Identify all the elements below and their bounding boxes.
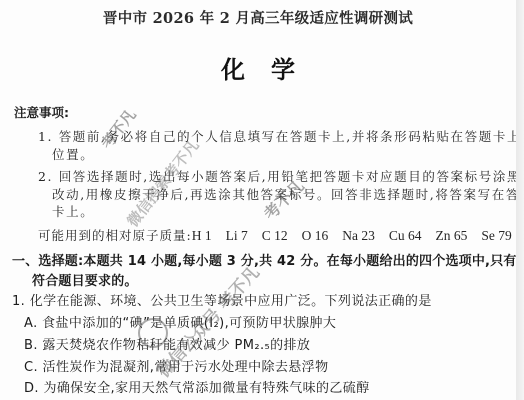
atomic-mass-se: Se 79 bbox=[481, 228, 511, 243]
question-1-option-c: C. 活性炭作为混凝剂,常用于污水处理中除去悬浮物 bbox=[24, 361, 328, 374]
note-2-line-2: 改动,用橡皮擦干净后,再选涂其他答案标号。回答非选择题时,将答案写在答题 bbox=[52, 189, 524, 202]
note-1-line-2: 位置。 bbox=[52, 149, 94, 162]
subject-title: 化学 bbox=[0, 58, 516, 82]
question-1-option-a: A. 食盐中添加的“碘”是单质碘(I₂),可预防甲状腺肿大 bbox=[24, 317, 336, 330]
question-1-stem: 1. 化学在能源、环境、公共卫生等场景中应用广泛。下列说法正确的是 bbox=[12, 295, 432, 308]
exam-title: 晋中市 2026 年 2 月高三年级适应性调研测试 bbox=[0, 12, 516, 27]
note-2-line-3: 卡上。 bbox=[52, 206, 94, 219]
atomic-mass-zn: Zn 65 bbox=[436, 228, 468, 243]
atomic-mass-li: Li 7 bbox=[226, 228, 248, 243]
note-2-line-1: 2. 回答选择题时,选出每小题答案后,用铅笔把答题卡对应题目的答案标号涂黑。如需 bbox=[38, 171, 524, 184]
exam-page: 晋中市 2026 年 2 月高三年级适应性调研测试 化学 注意事项: 1. 答题… bbox=[0, 0, 516, 400]
atomic-mass-h: H 1 bbox=[192, 228, 212, 243]
page-edge bbox=[516, 0, 524, 400]
section-heading-line-2: 符合题目要求的。 bbox=[32, 275, 138, 288]
atomic-mass-cu: Cu 64 bbox=[389, 228, 422, 243]
notes-heading: 注意事项: bbox=[14, 107, 69, 120]
section-heading-line-1: 一、选择题:本题共 14 小题,每小题 3 分,共 42 分。在每小题给出的四个… bbox=[12, 255, 524, 268]
atomic-mass-label: 可能用到的相对原子质量: bbox=[38, 228, 192, 243]
watermark-logo-circle bbox=[138, 318, 168, 348]
question-1-option-d: D. 为确保安全,家用天然气常添加微量有特殊气味的乙硫醇 bbox=[24, 382, 370, 395]
atomic-masses-line: 可能用到的相对原子质量:H 1Li 7C 12O 16Na 23Cu 64Zn … bbox=[38, 229, 512, 243]
atomic-mass-na: Na 23 bbox=[342, 228, 375, 243]
atomic-mass-o: O 16 bbox=[302, 228, 329, 243]
question-1-option-b: B. 露天焚烧农作物秸秆能有效减少 PM₂.₅的排放 bbox=[24, 339, 310, 352]
note-1-line-1: 1. 答题前,务必将自己的个人信息填写在答题卡上,并将条形码粘贴在答题卡上的指定 bbox=[38, 131, 524, 144]
atomic-mass-c: C 12 bbox=[262, 228, 288, 243]
